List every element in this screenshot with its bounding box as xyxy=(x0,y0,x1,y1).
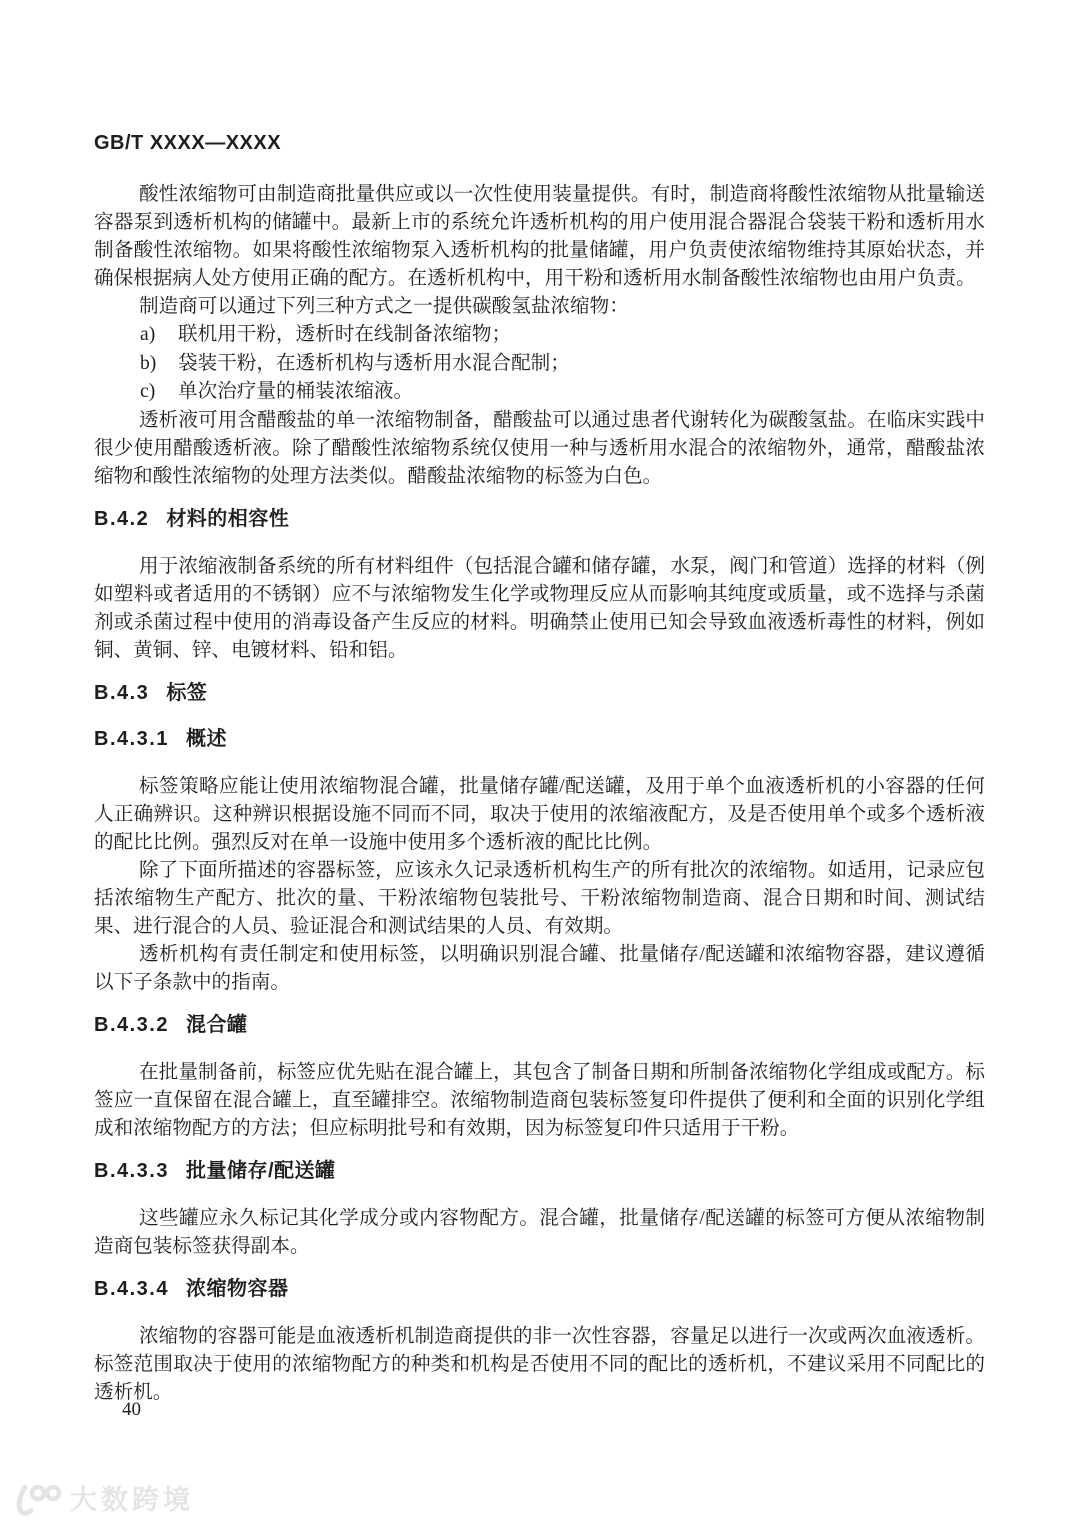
paragraph-bicarbonate-intro: 制造商可以通过下列三种方式之一提供碳酸氢盐浓缩物： xyxy=(94,293,985,321)
clause-heading-b432: B.4.3.2 混合罐 xyxy=(94,1013,985,1037)
clause-heading-b434: B.4.3.4 浓缩物容器 xyxy=(94,1277,985,1301)
paragraph-labeling-overview-1: 标签策略应能让使用浓缩物混合罐，批量储存罐/配送罐，及用于单个血液透析机的小容器… xyxy=(94,773,985,857)
bicarbonate-methods-list: a) 联机用干粉，透析时在线制备浓缩物； b) 袋装干粉，在透析机构与透析用水混… xyxy=(94,321,985,407)
list-item-marker: b) xyxy=(140,350,178,379)
list-item: c) 单次治疗量的桶装浓缩液。 xyxy=(94,378,985,407)
watermark: 大数跨境 xyxy=(10,1482,194,1520)
clause-heading-b433: B.4.3.3 批量储存/配送罐 xyxy=(94,1159,985,1183)
list-item: b) 袋装干粉，在透析机构与透析用水混合配制； xyxy=(94,350,985,379)
clause-title: 概述 xyxy=(186,727,227,751)
paragraph-concentrate-container: 浓缩物的容器可能是血液透析机制造商提供的非一次性容器，容量足以进行一次或两次血液… xyxy=(94,1323,985,1407)
clause-number: B.4.3 xyxy=(94,681,149,705)
paragraph-bulk-storage-tank: 这些罐应永久标记其化学成分或内容物配方。混合罐，批量储存/配送罐的标签可方便从浓… xyxy=(94,1205,985,1261)
paragraph-material-compatibility: 用于浓缩液制备系统的所有材料组件（包括混合罐和储存罐，水泵，阀门和管道）选择的材… xyxy=(94,553,985,665)
paragraph-labeling-overview-3: 透析机构有责任制定和使用标签，以明确识别混合罐、批量储存/配送罐和浓缩物容器，建… xyxy=(94,941,985,997)
clause-title: 材料的相容性 xyxy=(166,507,289,531)
clause-title: 标签 xyxy=(166,681,207,705)
list-item-text: 单次治疗量的桶装浓缩液。 xyxy=(178,378,985,407)
list-item-text: 袋装干粉，在透析机构与透析用水混合配制； xyxy=(178,350,985,379)
clause-number: B.4.3.2 xyxy=(94,1013,169,1037)
clause-title: 浓缩物容器 xyxy=(186,1277,289,1301)
list-item-text: 联机用干粉，透析时在线制备浓缩物； xyxy=(178,321,985,350)
paragraph-acetate: 透析液可用含醋酸盐的单一浓缩物制备，醋酸盐可以通过患者代谢转化为碳酸氢盐。在临床… xyxy=(94,407,985,491)
page-content: GB/T XXXX—XXXX 酸性浓缩物可由制造商批量供应或以一次性使用装量提供… xyxy=(94,131,985,1407)
clause-number: B.4.2 xyxy=(94,507,149,531)
clause-number: B.4.3.4 xyxy=(94,1277,169,1301)
clause-title: 批量储存/配送罐 xyxy=(186,1159,336,1183)
list-item-marker: c) xyxy=(140,378,178,407)
clause-number: B.4.3.1 xyxy=(94,727,169,751)
clause-heading-b43: B.4.3 标签 xyxy=(94,681,985,705)
clause-title: 混合罐 xyxy=(186,1013,248,1037)
list-item: a) 联机用干粉，透析时在线制备浓缩物； xyxy=(94,321,985,350)
list-item-marker: a) xyxy=(140,321,178,350)
clause-heading-b42: B.4.2 材料的相容性 xyxy=(94,507,985,531)
doc-code-header: GB/T XXXX—XXXX xyxy=(94,131,985,155)
brand-100-logo-icon xyxy=(10,1482,64,1520)
paragraph-acid-concentrate: 酸性浓缩物可由制造商批量供应或以一次性使用装量提供。有时，制造商将酸性浓缩物从批… xyxy=(94,181,985,293)
watermark-brand-text: 大数跨境 xyxy=(70,1485,194,1517)
clause-number: B.4.3.3 xyxy=(94,1159,169,1183)
paragraph-mixing-tank: 在批量制备前，标签应优先贴在混合罐上，其包含了制备日期和所制备浓缩物化学组成或配… xyxy=(94,1059,985,1143)
page-number: 40 xyxy=(122,1398,141,1422)
paragraph-labeling-overview-2: 除了下面所描述的容器标签，应该永久记录透析机构生产的所有批次的浓缩物。如适用，记… xyxy=(94,857,985,941)
document-page: GB/T XXXX—XXXX 酸性浓缩物可由制造商批量供应或以一次性使用装量提供… xyxy=(0,0,1080,1527)
clause-heading-b431: B.4.3.1 概述 xyxy=(94,727,985,751)
